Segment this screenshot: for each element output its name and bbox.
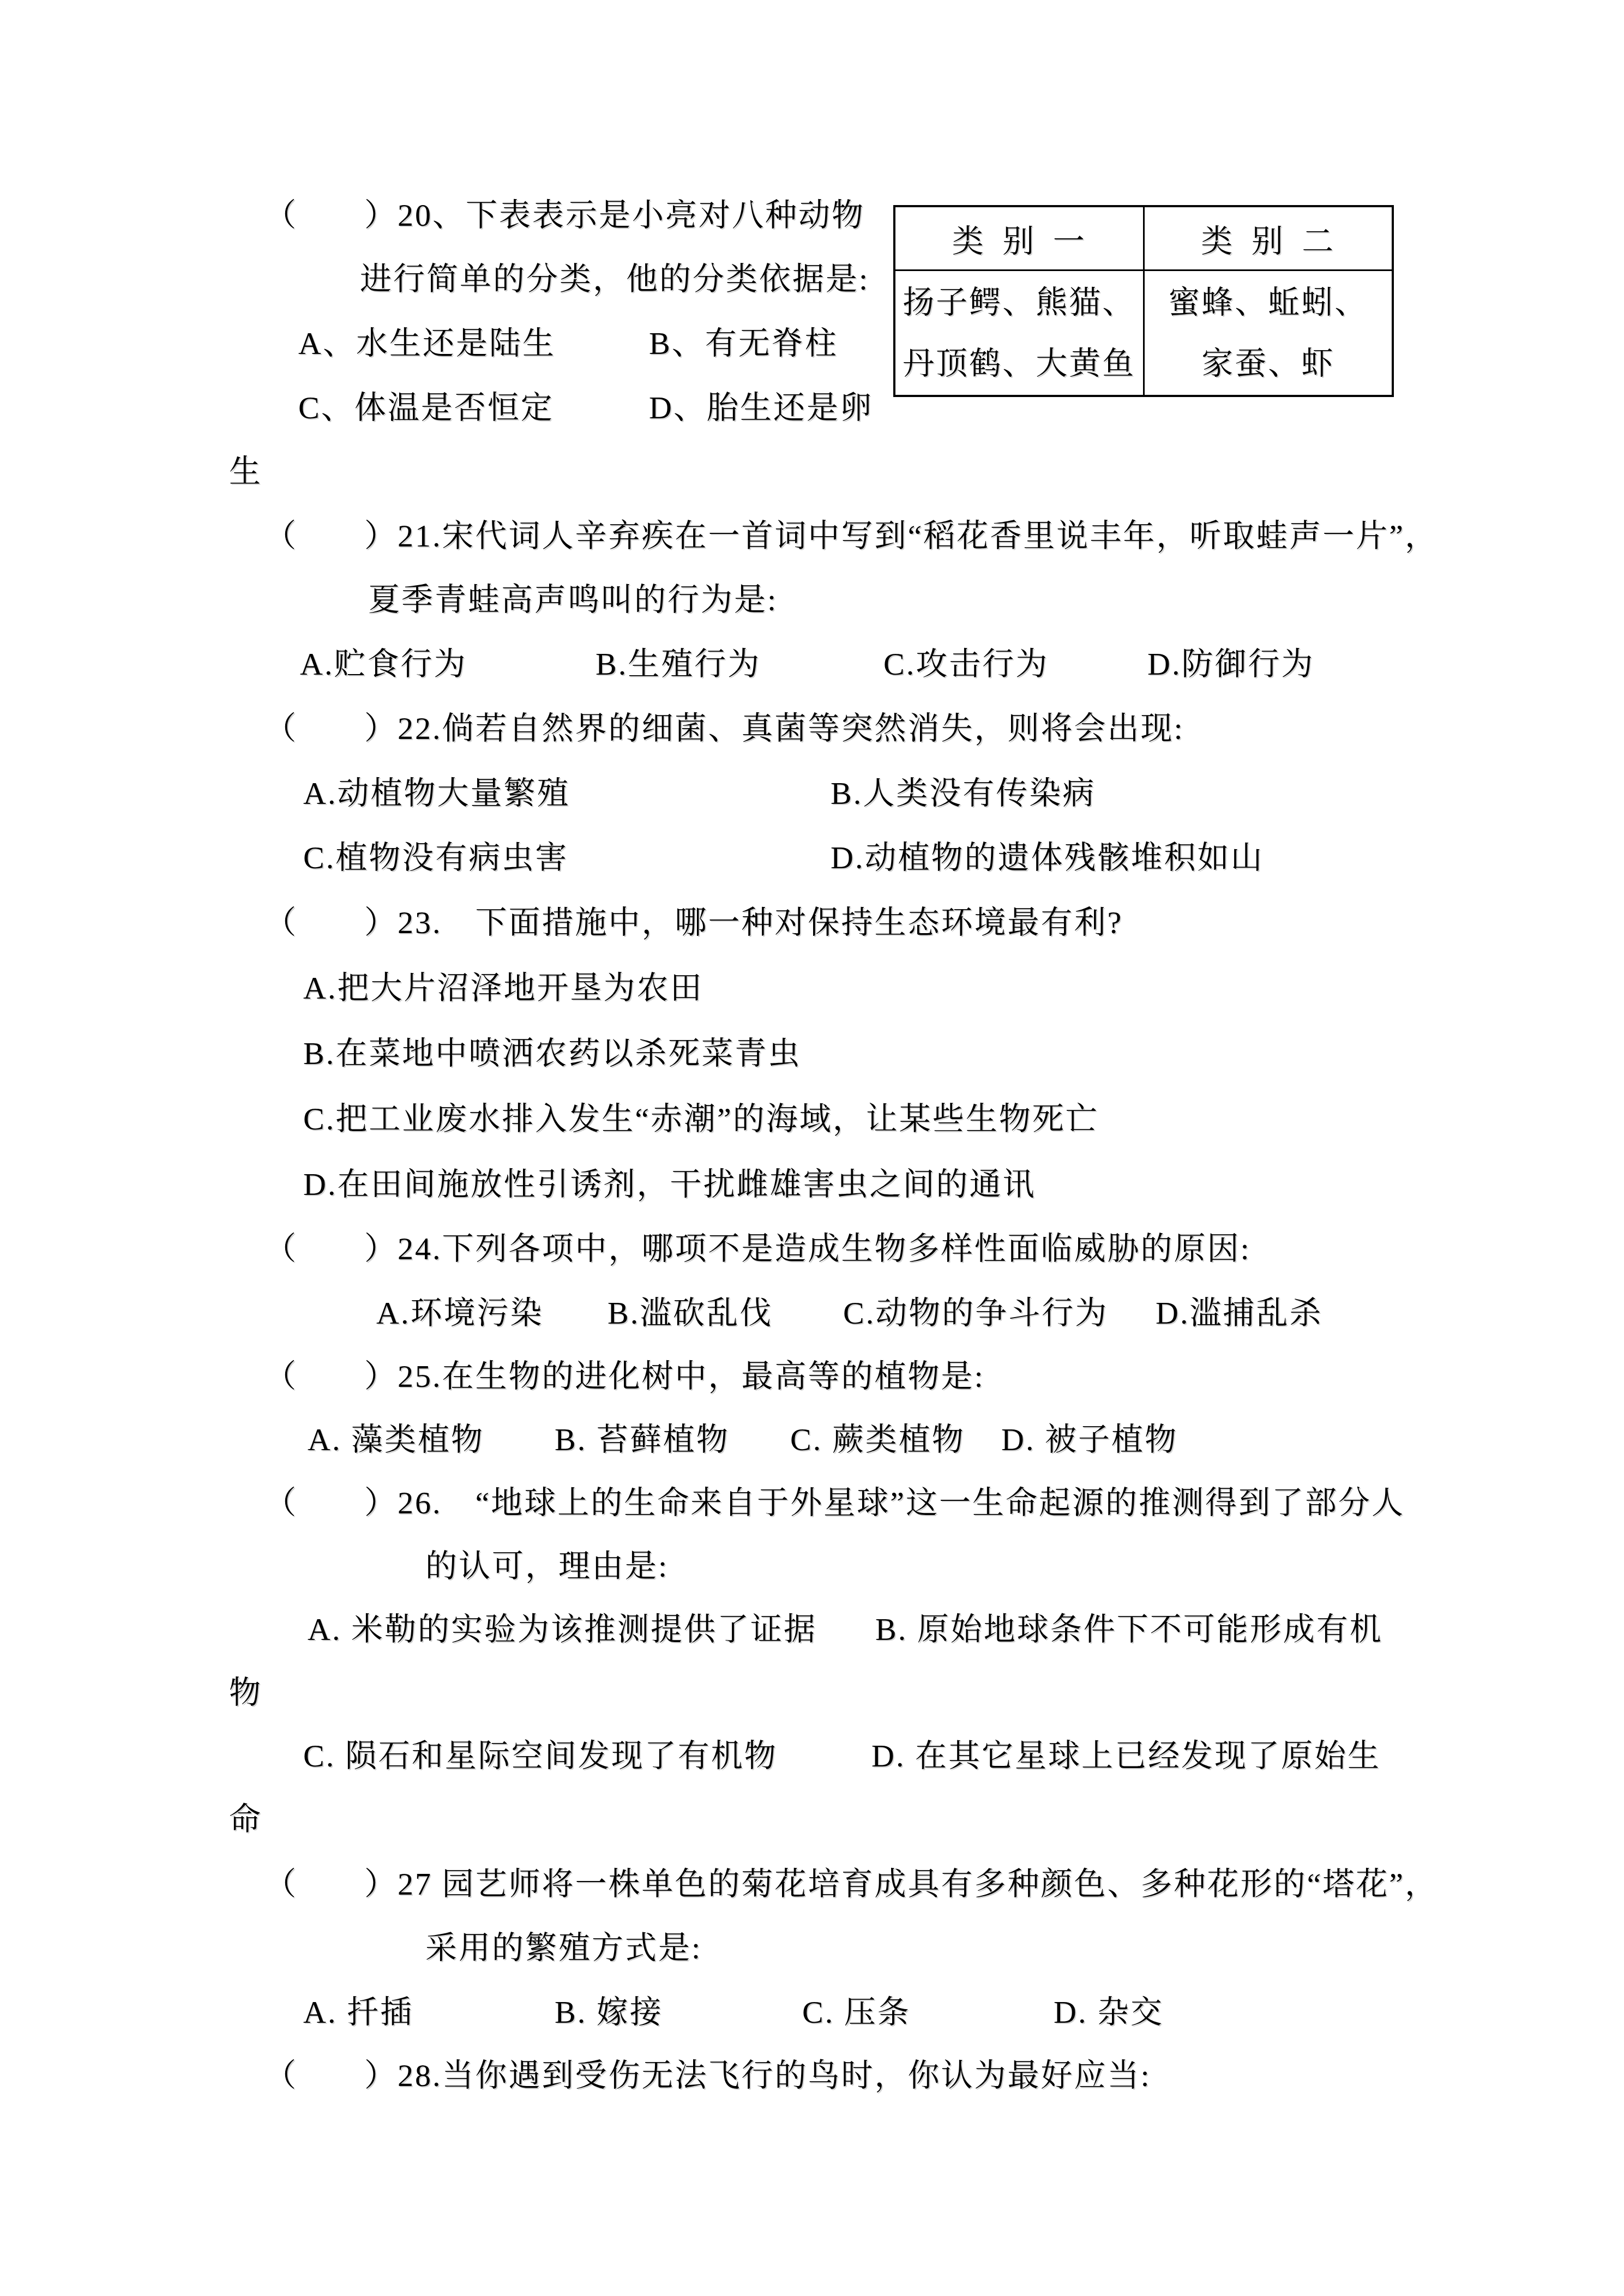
q26-option-b-overflow: 物 [0,1669,1624,1716]
table-cell-category-1: 扬子鳄、熊猫、 丹顶鹤、大黄鱼 [895,271,1145,395]
q20-option-d-overflow: 生 [0,448,1624,495]
table-cell-category-2: 蜜蜂、蚯蚓、 家蚕、虾 [1145,271,1392,395]
q22-option-b: B.人类没有传染病 [831,770,1096,817]
q24-options: A.环境污染B.滥砍乱伐C.动物的争斗行为D.滥捕乱杀 [0,1290,1624,1337]
q27-option-c: C. 压条 [802,1989,911,2036]
q24-option-a: A.环境污染 [376,1290,543,1337]
q22-options-ab: A.动植物大量繁殖B.人类没有传染病 [0,770,1624,817]
q20-option-b: B、有无脊柱 [649,320,838,367]
q21-option-d: D.防御行为 [1147,641,1314,688]
q22-stem: （ ）22.倘若自然界的细菌、真菌等突然消失，则将会出现: [0,705,1624,752]
q21-stem-text-2: 夏季青蛙高声鸣叫的行为是: [368,576,778,623]
q21-option-c: C.攻击行为 [883,641,1049,688]
q20-option-d: D、胎生还是卵 [649,384,873,431]
category-1-animals-line-1: 扬子鳄、熊猫、 [903,272,1135,333]
q21-options: A.贮食行为B.生殖行为C.攻击行为D.防御行为 [0,641,1624,688]
q21-option-b: B.生殖行为 [596,641,761,688]
q26-option-b: B. 原始地球条件下不可能形成有机 [875,1606,1383,1653]
q20-option-c: C、体温是否恒定 [298,384,554,431]
q23-option-b-line: B.在菜地中喷洒农药以杀死菜青虫 [0,1030,1624,1077]
q25-stem: （ ）25.在生物的进化树中，最高等的植物是: [0,1353,1624,1400]
q24-option-b: B.滥砍乱伐 [608,1290,773,1337]
q21-stem-line-2: 夏季青蛙高声鸣叫的行为是: [0,576,1624,623]
q23-option-c: C.把工业废水排入发生“赤潮”的海域，让某些生物死亡 [303,1096,1099,1143]
q25-option-d: D. 被子植物 [1001,1416,1178,1463]
q25-option-a: A. 藻类植物 [308,1416,484,1463]
table-body-row: 扬子鳄、熊猫、 丹顶鹤、大黄鱼 蜜蜂、蚯蚓、 家蚕、虾 [895,271,1392,395]
q21-stem-line-1: （ ）21.宋代词人辛弃疾在一首词中写到“稻花香里说丰年，听取蛙声一片”， [0,513,1624,560]
q21-stem-text-1: （ ）21.宋代词人辛弃疾在一首词中写到“稻花香里说丰年，听取蛙声一片”， [264,513,1438,560]
category-2-animals-line-2: 家蚕、虾 [1201,333,1334,394]
q26-option-c: C. 陨石和星际空间发现了有机物 [303,1733,778,1780]
q26-options-cd: C. 陨石和星际空间发现了有机物D. 在其它星球上已经发现了原始生 [0,1733,1624,1780]
q24-option-c: C.动物的争斗行为 [843,1290,1108,1337]
q22-options-cd: C.植物没有病虫害D.动植物的遗体残骸堆积如山 [0,834,1624,881]
q20-stem-text-1: （ ）20、下表表示是小亮对八种动物 [264,192,865,239]
q26-option-d: D. 在其它星球上已经发现了原始生 [871,1733,1381,1780]
q23-stem: （ ）23. 下面措施中，哪一种对保持生态环境最有利? [0,899,1624,946]
q26-stem-line-2: 的认可，理由是: [0,1543,1624,1590]
q23-option-a-line: A.把大片沼泽地开垦为农田 [0,965,1624,1012]
q25-option-c: C. 蕨类植物 [790,1416,965,1463]
q27-stem-text-2: 采用的繁殖方式是: [425,1925,702,1972]
q20-option-a: A、水生还是陆生 [298,320,556,367]
q28-stem: （ ）28.当你遇到受伤无法飞行的鸟时，你认为最好应当: [0,2052,1624,2099]
q26-option-a: A. 米勒的实验为该推测提供了证据 [308,1606,817,1653]
q26-option-b-overflow-char: 物 [229,1669,262,1716]
table-header-category-2: 类 别 二 [1145,207,1392,269]
q21-option-a: A.贮食行为 [300,641,467,688]
q25-option-b: B. 苔藓植物 [555,1416,730,1463]
q23-option-c-line: C.把工业废水排入发生“赤潮”的海域，让某些生物死亡 [0,1096,1624,1143]
q24-stem-text: （ ）24.下列各项中，哪项不是造成生物多样性面临威胁的原因: [264,1225,1251,1272]
exam-page: （ ）20、下表表示是小亮对八种动物进行简单的分类，他的分类依据是:A、水生还是… [0,0,1624,2296]
category-2-animals-line-1: 蜜蜂、蚯蚓、 [1168,272,1368,333]
q27-stem-line-2: 采用的繁殖方式是: [0,1925,1624,1972]
q27-stem-text-1: （ ）27 园艺师将一株单色的菊花培育成具有多种颜色、多种花形的“塔花”， [264,1861,1438,1908]
q22-option-a: A.动植物大量繁殖 [303,770,570,817]
q28-stem-text: （ ）28.当你遇到受伤无法飞行的鸟时，你认为最好应当: [264,2052,1151,2099]
q23-option-d-line: D.在田间施放性引诱剂，干扰雌雄害虫之间的通讯 [0,1161,1624,1208]
q26-options-ab: A. 米勒的实验为该推测提供了证据B. 原始地球条件下不可能形成有机 [0,1606,1624,1653]
q26-stem-line-1: （ ）26. “地球上的生命来自于外星球”这一生命起源的推测得到了部分人 [0,1480,1624,1526]
animal-classification-table: 类 别 一 类 别 二 扬子鳄、熊猫、 丹顶鹤、大黄鱼 蜜蜂、蚯蚓、 家蚕、虾 [893,205,1394,397]
q25-options: A. 藻类植物B. 苔藓植物C. 蕨类植物D. 被子植物 [0,1416,1624,1463]
q26-stem-text-2: 的认可，理由是: [425,1543,669,1590]
table-header-row: 类 别 一 类 别 二 [895,207,1392,271]
q24-stem: （ ）24.下列各项中，哪项不是造成生物多样性面临威胁的原因: [0,1225,1624,1272]
q22-stem-text: （ ）22.倘若自然界的细菌、真菌等突然消失，则将会出现: [264,705,1184,752]
q25-stem-text: （ ）25.在生物的进化树中，最高等的植物是: [264,1353,985,1400]
category-1-animals-line-2: 丹顶鹤、大黄鱼 [903,333,1135,394]
q23-option-b: B.在菜地中喷洒农药以杀死菜青虫 [303,1030,801,1077]
q27-options: A. 扦插B. 嫁接C. 压条D. 杂交 [0,1989,1624,2036]
q27-option-b: B. 嫁接 [555,1989,663,2036]
q22-option-d: D.动植物的遗体残骸堆积如山 [831,834,1264,881]
q26-option-d-overflow-char: 命 [229,1796,262,1843]
table-header-category-1: 类 别 一 [895,207,1145,269]
q23-option-a: A.把大片沼泽地开垦为农田 [303,965,703,1012]
q27-stem-line-1: （ ）27 园艺师将一株单色的菊花培育成具有多种颜色、多种花形的“塔花”， [0,1861,1624,1908]
q20-option-d-overflow-char: 生 [229,448,262,495]
q26-stem-text-1: （ ）26. “地球上的生命来自于外星球”这一生命起源的推测得到了部分人 [264,1480,1405,1526]
q20-stem-text-2: 进行简单的分类，他的分类依据是: [360,256,869,303]
q22-option-c: C.植物没有病虫害 [303,834,568,881]
q23-option-d: D.在田间施放性引诱剂，干扰雌雄害虫之间的通讯 [303,1161,1036,1208]
q23-stem-text: （ ）23. 下面措施中，哪一种对保持生态环境最有利? [264,899,1123,946]
q27-option-d: D. 杂交 [1054,1989,1164,2036]
q27-option-a: A. 扦插 [303,1989,413,2036]
q24-option-d: D.滥捕乱杀 [1156,1290,1322,1337]
q26-option-d-overflow: 命 [0,1796,1624,1843]
